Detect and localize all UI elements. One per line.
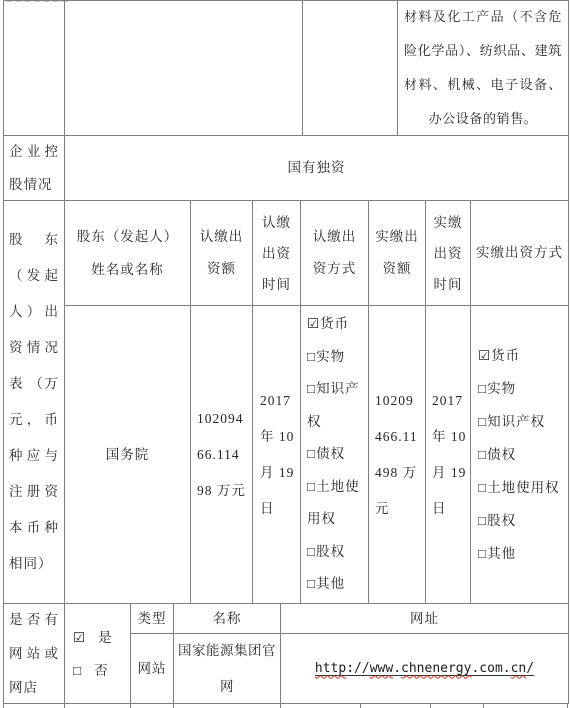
website-name-header: 名称 [173,603,281,634]
th-subscribed-amount: 认缴出资额 [190,200,253,306]
checkbox-icon: □ [307,349,316,364]
checkbox-icon: □ [478,513,487,528]
method-option: □土地使用权 [478,471,562,504]
website-name-value: 国家能源集团官网 [173,633,281,704]
checkbox-icon: □ [307,446,316,461]
checkbox-icon: □ [478,546,487,561]
method-option-label: 实物 [487,381,516,396]
method-option-label: 货币 [491,348,520,363]
table-edge-stub [280,703,281,708]
method-option-label: 其他 [487,546,516,561]
method-option-label: 股权 [316,544,345,559]
method-option-label: 股权 [487,513,516,528]
table-edge-stub [430,703,431,708]
checkbox-icon: ☑ [307,316,320,331]
checkbox-icon: □ [307,381,316,396]
table-edge-stub [173,703,174,708]
table-edge-stub [483,703,484,708]
url-segment: / [526,661,534,676]
yesno-option: □否 [73,654,130,687]
method-option: □其他 [307,568,363,601]
website-type-header: 类型 [130,603,174,634]
table-edge-stub [3,703,4,708]
cell-blank-right [302,0,398,136]
holding-value: 国有独资 [64,135,569,201]
investment-table-side-label: 股东（发起人）出资情况表 （万元，币种应与注册资本币种相同） [3,200,65,604]
checkbox-icon: □ [73,663,82,678]
method-option-label: 货币 [320,316,349,331]
url-segment: :// [346,661,369,676]
method-option: □债权 [307,438,363,471]
method-option: □知识产权 [307,373,363,438]
method-option: □实物 [478,372,562,405]
url-segment: www [370,661,393,676]
yesno-option-label: 否 [94,663,109,678]
paid-method-checklist: ☑货币 □实物 □知识产权 □债权 □土地使用权 □股权 □其他 [470,305,569,604]
url-segment: cn [511,661,527,676]
website-question-label: 是否有网站或网店 [3,603,65,704]
th-paid-amount: 实缴出资额 [368,200,426,306]
table-edge-stub [360,703,361,708]
holding-label: 企业控股情况 [3,135,65,201]
method-option: □股权 [478,504,562,537]
method-option: □股权 [307,536,363,569]
website-type-value: 网站 [130,633,174,704]
checkbox-icon: □ [478,414,487,429]
checkbox-icon: □ [478,447,487,462]
url-segment: .com. [471,661,510,676]
website-url-cell: http://www.chnenergy.com.cn/ [280,633,569,704]
checkbox-icon: □ [478,480,487,495]
value-subscribed-amount: 10209466.11498 万元 [190,305,253,604]
method-option-label: 债权 [316,446,345,461]
website-url-header: 网址 [280,603,569,634]
method-option-label: 知识产权 [487,414,545,429]
th-subscribed-method: 认缴出资方式 [300,200,369,306]
th-paid-method: 实缴出资方式 [470,200,569,306]
registration-document-table: 材料及化工产品（不含危险化学品）、纺织品、建筑材料、机械、电子设备、办公设备的销… [0,0,571,708]
th-subscribed-time: 认缴出资时间 [252,200,301,306]
url-segment: chnenergy [401,661,471,676]
checkbox-icon: ☑ [478,348,491,363]
method-option: □知识产权 [478,405,562,438]
method-option-label: 实物 [316,349,345,364]
website-yesno-checklist: ☑是 □否 [64,603,131,704]
table-edge-stub [64,703,65,708]
th-paid-time: 实缴出资时间 [425,200,471,306]
method-option: □债权 [478,438,562,471]
cell-blank-middle [64,0,303,136]
method-option-label: 债权 [487,447,516,462]
value-paid-time: 2017 年 10 月 19 日 [425,305,471,604]
value-shareholder-name: 国务院 [64,305,191,604]
checkbox-icon: □ [307,576,316,591]
method-option: □其他 [478,537,562,570]
method-option: ☑货币 [307,308,363,341]
th-shareholder-name: 股东（发起人）姓名或名称 [64,200,191,306]
checkbox-icon: □ [478,381,487,396]
method-option-label: 其他 [316,576,345,591]
subscribed-method-checklist: ☑货币 □实物 □知识产权 □债权 □土地使用权 □股权 □其他 [300,305,369,604]
cell-blank-left [3,0,65,136]
yesno-option-label: 是 [98,630,113,645]
checkbox-icon: □ [307,479,316,494]
website-url-link[interactable]: http://www.chnenergy.com.cn/ [281,652,568,686]
url-segment: http [315,661,346,676]
table-edge-stub [567,703,568,708]
yesno-option: ☑是 [73,621,130,654]
checkbox-icon: ☑ [73,630,86,645]
value-paid-amount: 10209466.11498 万元 [368,305,426,604]
business-scope-text: 材料及化工产品（不含危险化学品）、纺织品、建筑材料、机械、电子设备、办公设备的销… [397,0,569,136]
method-option: □土地使用权 [307,471,363,536]
method-option-label: 土地使用权 [487,480,560,495]
method-option: □实物 [307,341,363,374]
url-segment: . [393,661,401,676]
value-subscribed-time: 2017 年 10 月 19 日 [252,305,301,604]
checkbox-icon: □ [307,544,316,559]
method-option: ☑货币 [478,339,562,372]
table-edge-stub [130,703,131,708]
